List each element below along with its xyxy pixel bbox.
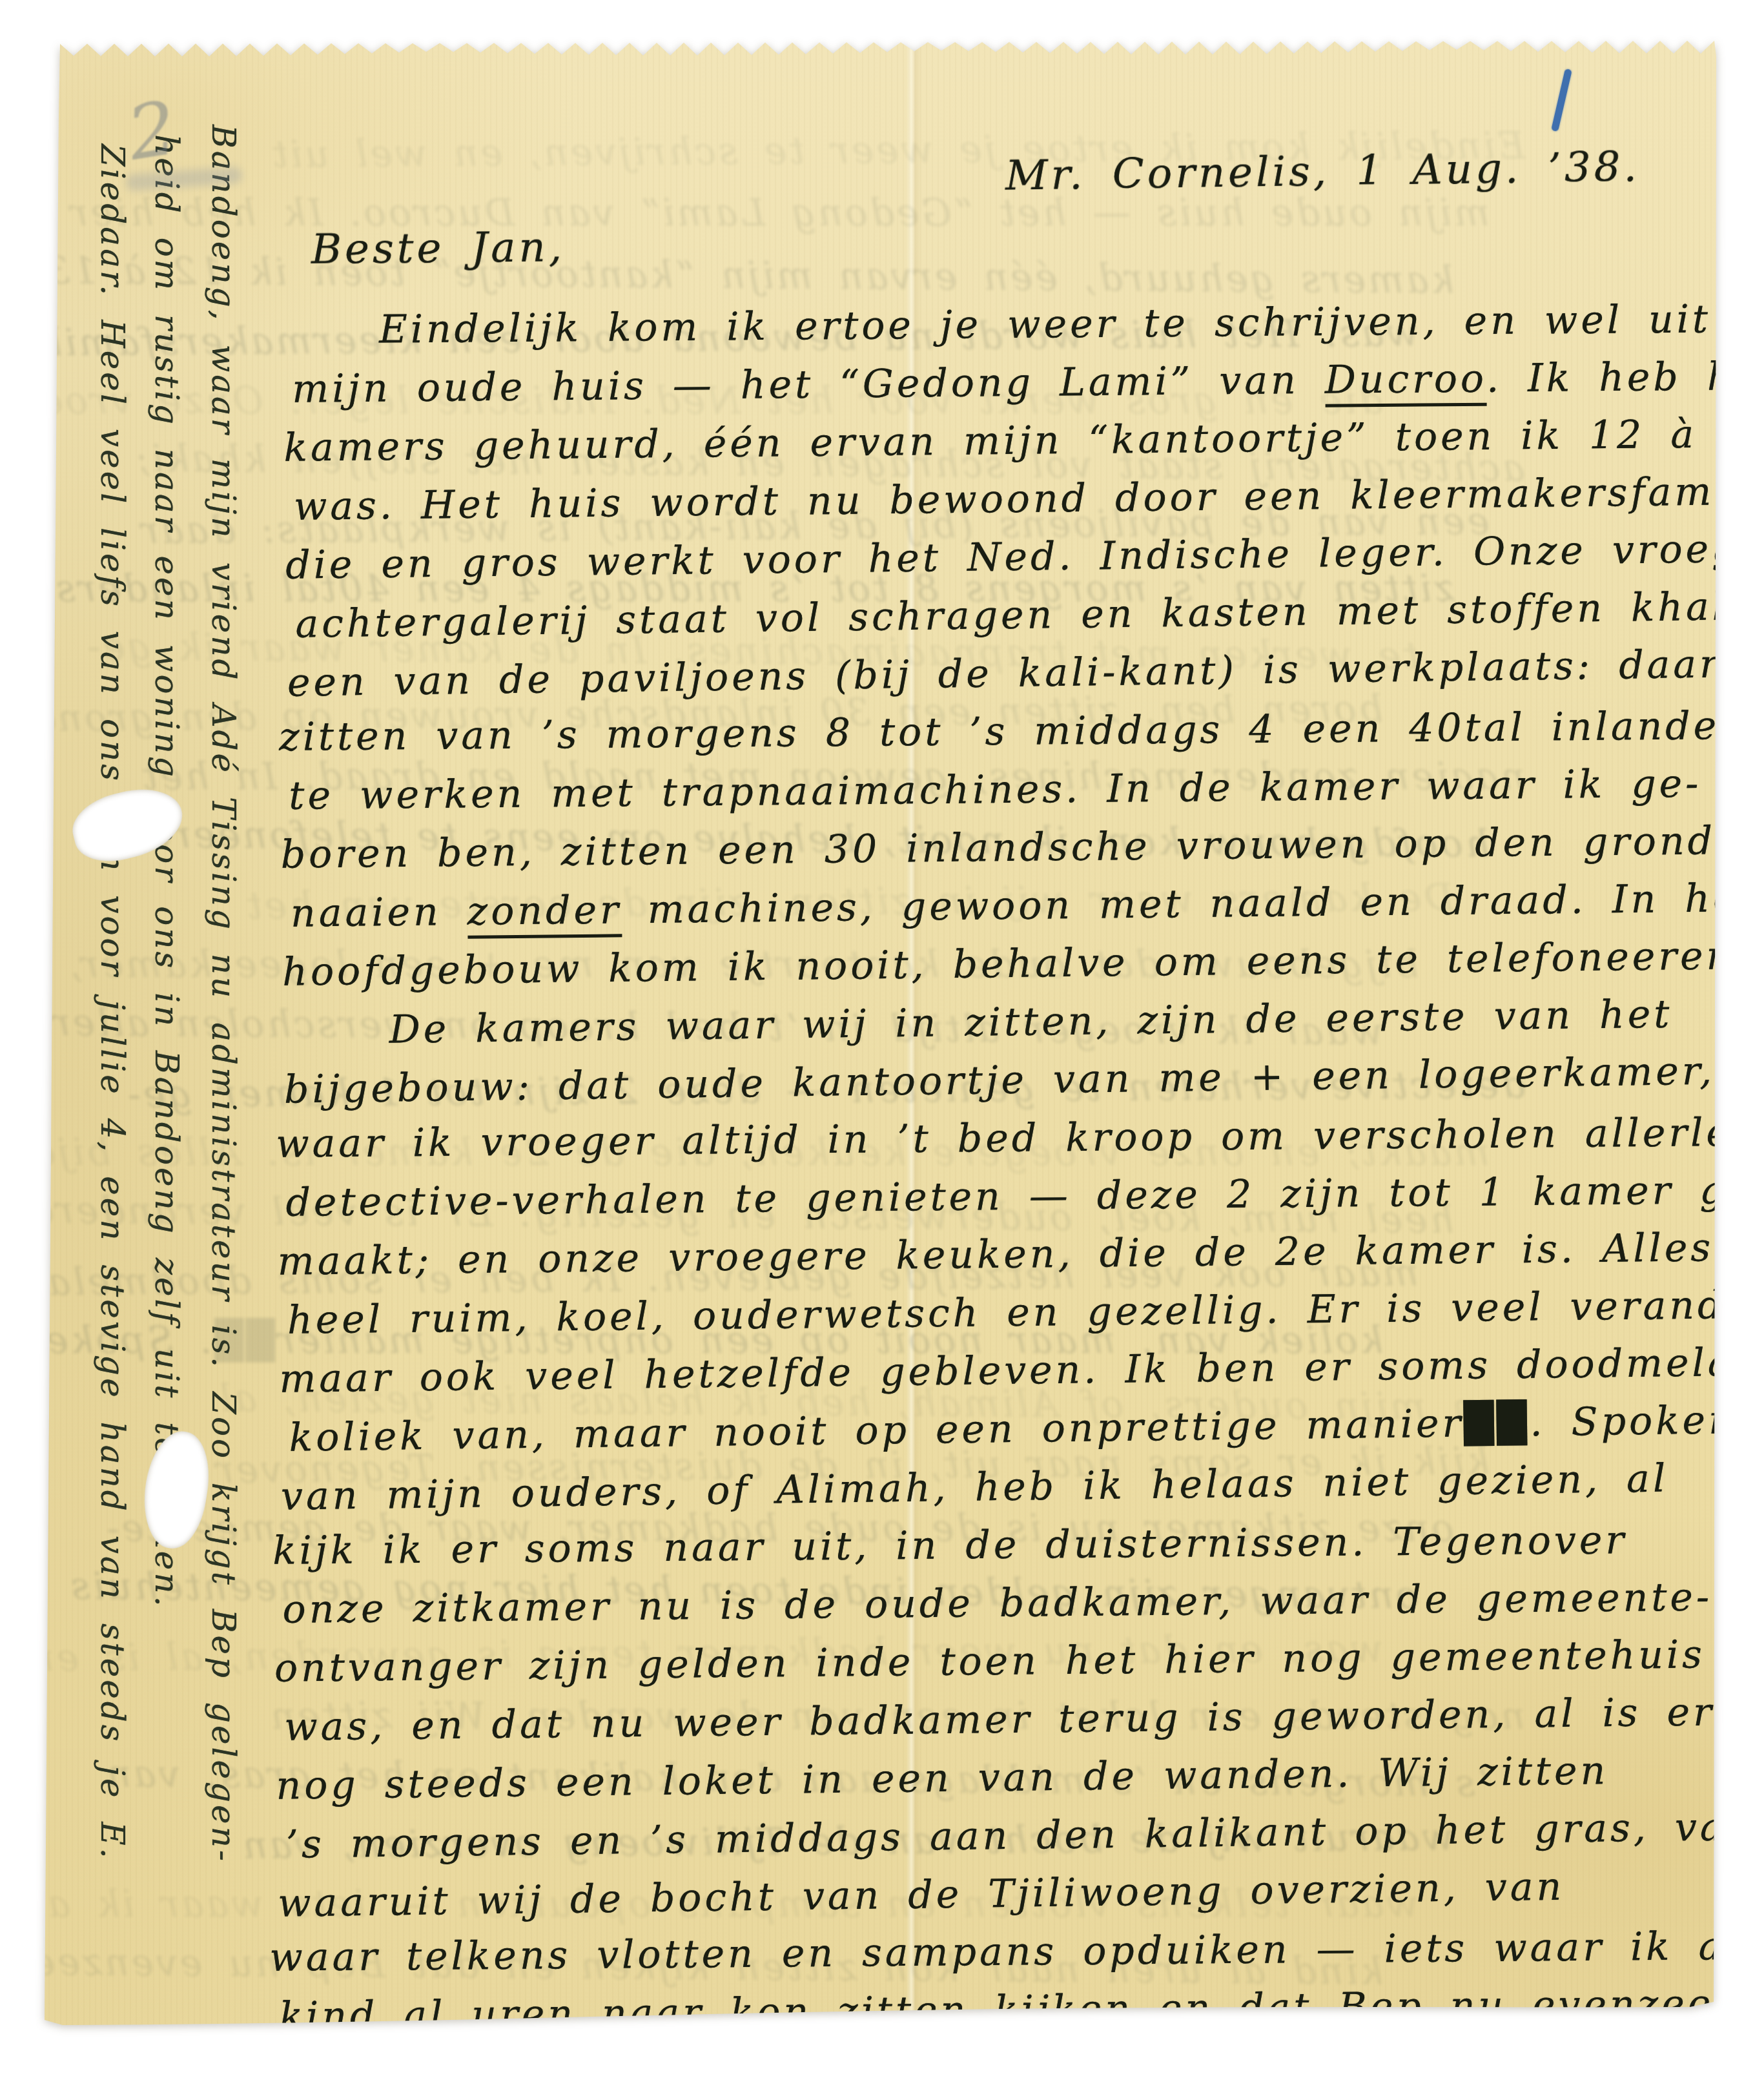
- letter-line: kind al uren naar kon zitten kijken en d…: [279, 1975, 1726, 2046]
- margin-postscript-line: heid om rustig naar een woning voor ons …: [148, 134, 185, 2007]
- margin-postscript-line: Bandoeng, waar mijn vriend Adé Tissing n…: [205, 125, 242, 2036]
- salutation: Beste Jan,: [311, 223, 566, 273]
- letter-body: Eindelijk kom ik ertoe je weer te schrij…: [290, 296, 1736, 2039]
- paper-wrap: Eindelijk kom ik ertoe je weer te schrij…: [37, 37, 1719, 2030]
- margin-postscript-line: Ziedaar. Heel veel liefs van ons 3en voo…: [94, 144, 131, 2030]
- dateline: Mr. Cornelis, 1 Aug. ’38.: [1005, 145, 1532, 200]
- blue-crayon-mark: [1551, 68, 1572, 132]
- letter-scan: Eindelijk kom ik ertoe je weer te schrij…: [0, 0, 1744, 2100]
- paper-sheet: Eindelijk kom ik ertoe je weer te schrij…: [37, 37, 1719, 2030]
